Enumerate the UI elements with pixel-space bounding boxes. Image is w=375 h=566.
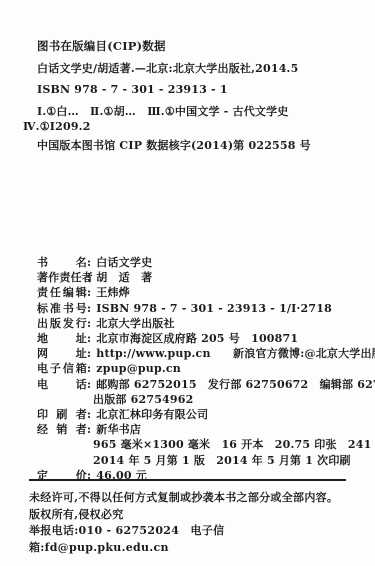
edition-spec-line: 2014 年 5 月第 1 版 2014 年 5 月第 1 次印刷 (37, 453, 367, 468)
notice-line-rights-reserved: 版权所有,侵权必究 (29, 507, 346, 524)
row-label: 网址 (37, 346, 87, 361)
row-label: 电话 (37, 377, 87, 392)
row-value: 白话文学史 (96, 256, 152, 269)
colophon-block: 书名:白话文学史 著作责任者:胡 适 著 责任编辑:王炜烨 标准书号:ISBN … (37, 255, 367, 483)
colophon-row-editor: 责任编辑:王炜烨 (37, 285, 367, 300)
row-label: 书名 (37, 255, 87, 270)
row-value: 胡 适 著 (96, 271, 152, 284)
colophon-row-email: 电子信箱:zpup@pup.cn (37, 361, 367, 376)
row-value: ISBN 978 - 7 - 301 - 23913 - 1/I·2718 (96, 302, 332, 315)
colophon-row-author: 著作责任者:胡 适 著 (37, 270, 367, 285)
row-label: 标准书号 (37, 301, 87, 316)
row-value: http://www.pup.cn 新浪官方微博:@北京大学出版社 (96, 347, 375, 360)
row-label: 印刷者 (37, 407, 87, 422)
row-colon: : (87, 271, 91, 284)
format-spec-line: 965 毫米×1300 毫米 16 开本 20.75 印张 241 千字 (37, 437, 367, 452)
colophon-row-address: 地址:北京市海淀区成府路 205 号 100871 (37, 331, 367, 346)
cip-record-line: 中国版本图书馆 CIP 数据核字(2014)第 022558 号 (37, 135, 361, 157)
row-colon: : (87, 256, 91, 269)
row-value: 北京大学出版社 (96, 317, 174, 330)
row-value: zpup@pup.cn (96, 362, 181, 375)
row-value: 王炜烨 (96, 286, 130, 299)
row-value: 北京市海淀区成府路 205 号 100871 (96, 332, 298, 345)
colophon-row-distributor: 经销者:新华书店 965 毫米×1300 毫米 16 开本 20.75 印张 2… (37, 422, 367, 468)
row-colon: : (87, 286, 91, 299)
copyright-notice-block: 未经许可,不得以任何方式复制或抄袭本书之部分或全部内容。 版权所有,侵权必究 举… (29, 479, 346, 556)
row-value: 新华书店 (96, 423, 141, 436)
cip-isbn-line: ISBN 978 - 7 - 301 - 23913 - 1 (37, 79, 361, 101)
phone-continuation-line: 出版部 62754962 (37, 392, 367, 407)
notice-line-no-copy: 未经许可,不得以任何方式复制或抄袭本书之部分或全部内容。 (29, 490, 346, 507)
row-label: 出版发行 (37, 316, 87, 331)
row-colon: : (87, 332, 91, 345)
row-label: 地址 (37, 331, 87, 346)
colophon-row-isbn: 标准书号:ISBN 978 - 7 - 301 - 23913 - 1/I·27… (37, 301, 367, 316)
row-colon: : (87, 408, 91, 421)
colophon-row-phone: 电话:邮购部 62752015 发行部 62750672 编辑部 6275067… (37, 377, 367, 407)
cip-title-line: 白话文学史/胡适著.—北京:北京大学出版社,2014.5 (37, 58, 361, 80)
cip-header: 图书在版编目(CIP)数据 (37, 36, 361, 58)
colophon-row-title: 书名:白话文学史 (37, 255, 367, 270)
cip-block: 图书在版编目(CIP)数据 白话文学史/胡适著.—北京:北京大学出版社,2014… (37, 36, 361, 156)
book-copyright-page: 图书在版编目(CIP)数据 白话文学史/胡适著.—北京:北京大学出版社,2014… (0, 0, 375, 566)
colophon-row-website: 网址:http://www.pup.cn 新浪官方微博:@北京大学出版社 (37, 346, 367, 361)
row-label: 经销者 (37, 422, 87, 437)
row-colon: : (87, 378, 91, 391)
colophon-row-publisher: 出版发行:北京大学出版社 (37, 316, 367, 331)
row-colon: : (87, 347, 91, 360)
row-value: 邮购部 62752015 发行部 62750672 编辑部 62750673 (96, 378, 375, 391)
colophon-row-printer: 印刷者:北京汇林印务有限公司 (37, 407, 367, 422)
row-label: 著作责任者 (37, 270, 87, 285)
row-colon: : (87, 317, 91, 330)
row-label: 电子信箱 (37, 361, 87, 376)
row-label: 责任编辑 (37, 285, 87, 300)
row-colon: : (87, 302, 91, 315)
row-colon: : (87, 362, 91, 375)
row-value: 北京汇林印务有限公司 (96, 408, 208, 421)
row-colon: : (87, 423, 91, 436)
notice-line-report-contact: 举报电话:010 - 62752024 电子信箱:fd@pup.pku.edu.… (29, 523, 346, 556)
